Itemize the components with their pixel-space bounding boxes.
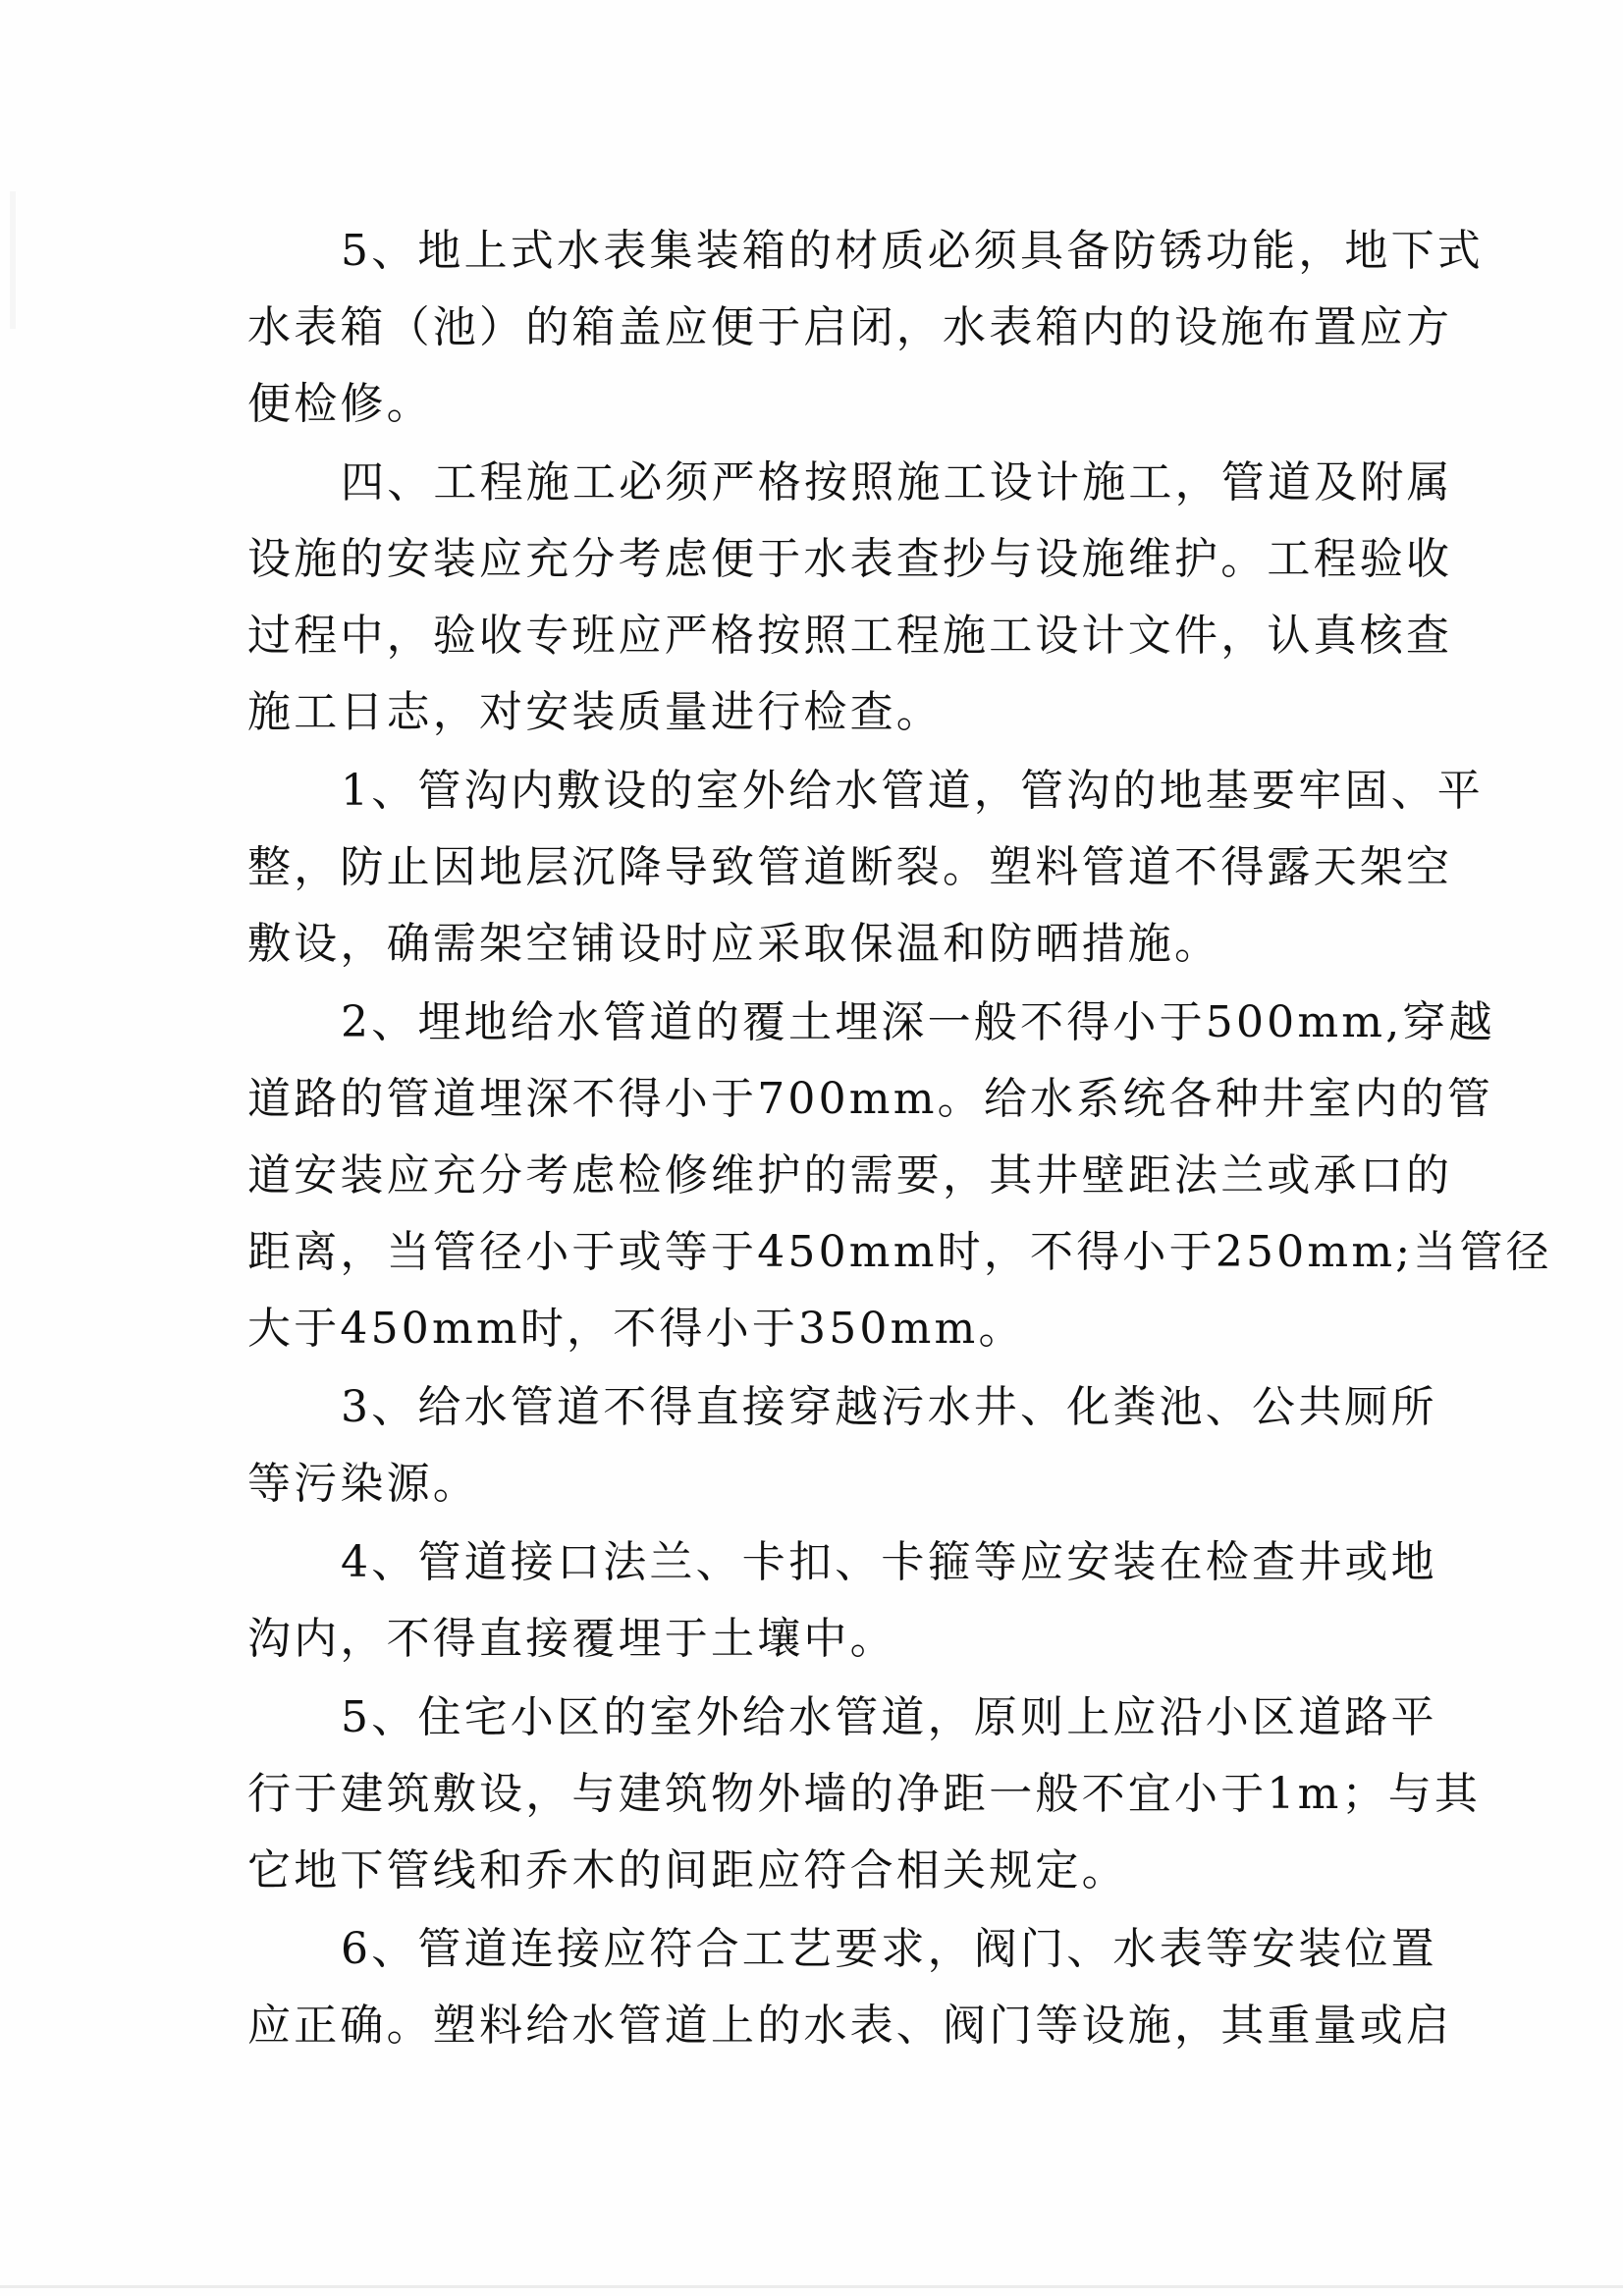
paragraph-line: 过程中，验收专班应严格按照工程施工设计文件，认真核查 bbox=[247, 609, 1377, 664]
paragraph-line: 等污染源。 bbox=[247, 1457, 1377, 1512]
paragraph-line: 距离，当管径小于或等于450mm时，不得小于250mm;当管径 bbox=[247, 1225, 1377, 1280]
paragraph-line: 沟内，不得直接覆埋于土壤中。 bbox=[247, 1612, 1377, 1667]
document-page: 5、地上式水表集装箱的材质必须具备防锈功能，地下式 水表箱（池）的箱盖应便于启闭… bbox=[0, 0, 1623, 2296]
paragraph-line: 它地下管线和乔木的间距应符合相关规定。 bbox=[247, 1843, 1377, 1898]
paragraph-line: 水表箱（池）的箱盖应便于启闭，水表箱内的设施布置应方 bbox=[247, 300, 1377, 355]
paragraph-line: 5、地上式水表集装箱的材质必须具备防锈功能，地下式 bbox=[247, 224, 1377, 279]
paragraph-line: 设施的安装应充分考虑便于水表查抄与设施维护。工程验收 bbox=[247, 532, 1377, 587]
paragraph-line: 4、管道接口法兰、卡扣、卡箍等应安装在检查井或地 bbox=[247, 1535, 1377, 1590]
paragraph-line: 3、给水管道不得直接穿越污水井、化粪池、公共厕所 bbox=[247, 1380, 1377, 1435]
paragraph-line: 5、住宅小区的室外给水管道，原则上应沿小区道路平 bbox=[247, 1690, 1377, 1745]
paragraph-line: 道安装应充分考虑检修维护的需要，其井壁距法兰或承口的 bbox=[247, 1148, 1377, 1203]
section-heading-line: 四、工程施工必须严格按照施工设计施工，管道及附属 bbox=[247, 455, 1377, 510]
scan-artifact bbox=[0, 2285, 1623, 2288]
paragraph-line: 应正确。塑料给水管道上的水表、阀门等设施，其重量或启 bbox=[247, 1999, 1377, 2054]
paragraph-line: 大于450mm时，不得小于350mm。 bbox=[247, 1302, 1377, 1357]
paragraph-line: 道路的管道埋深不得小于700mm。给水系统各种井室内的管 bbox=[247, 1072, 1377, 1127]
paragraph-line: 行于建筑敷设，与建筑物外墙的净距一般不宜小于1m；与其 bbox=[247, 1767, 1377, 1822]
paragraph-line: 2、埋地给水管道的覆土埋深一般不得小于500mm,穿越 bbox=[247, 995, 1377, 1050]
paragraph-line: 整，防止因地层沉降导致管道断裂。塑料管道不得露天架空 bbox=[247, 840, 1377, 895]
paragraph-line: 1、管沟内敷设的室外给水管道，管沟的地基要牢固、平 bbox=[247, 764, 1377, 819]
paragraph-line: 施工日志，对安装质量进行检查。 bbox=[247, 685, 1377, 740]
paragraph-line: 6、管道连接应符合工艺要求，阀门、水表等安装位置 bbox=[247, 1922, 1377, 1977]
scan-artifact bbox=[10, 191, 16, 329]
paragraph-line: 便检修。 bbox=[247, 377, 1377, 432]
paragraph-line: 敷设，确需架空铺设时应采取保温和防晒措施。 bbox=[247, 917, 1377, 972]
